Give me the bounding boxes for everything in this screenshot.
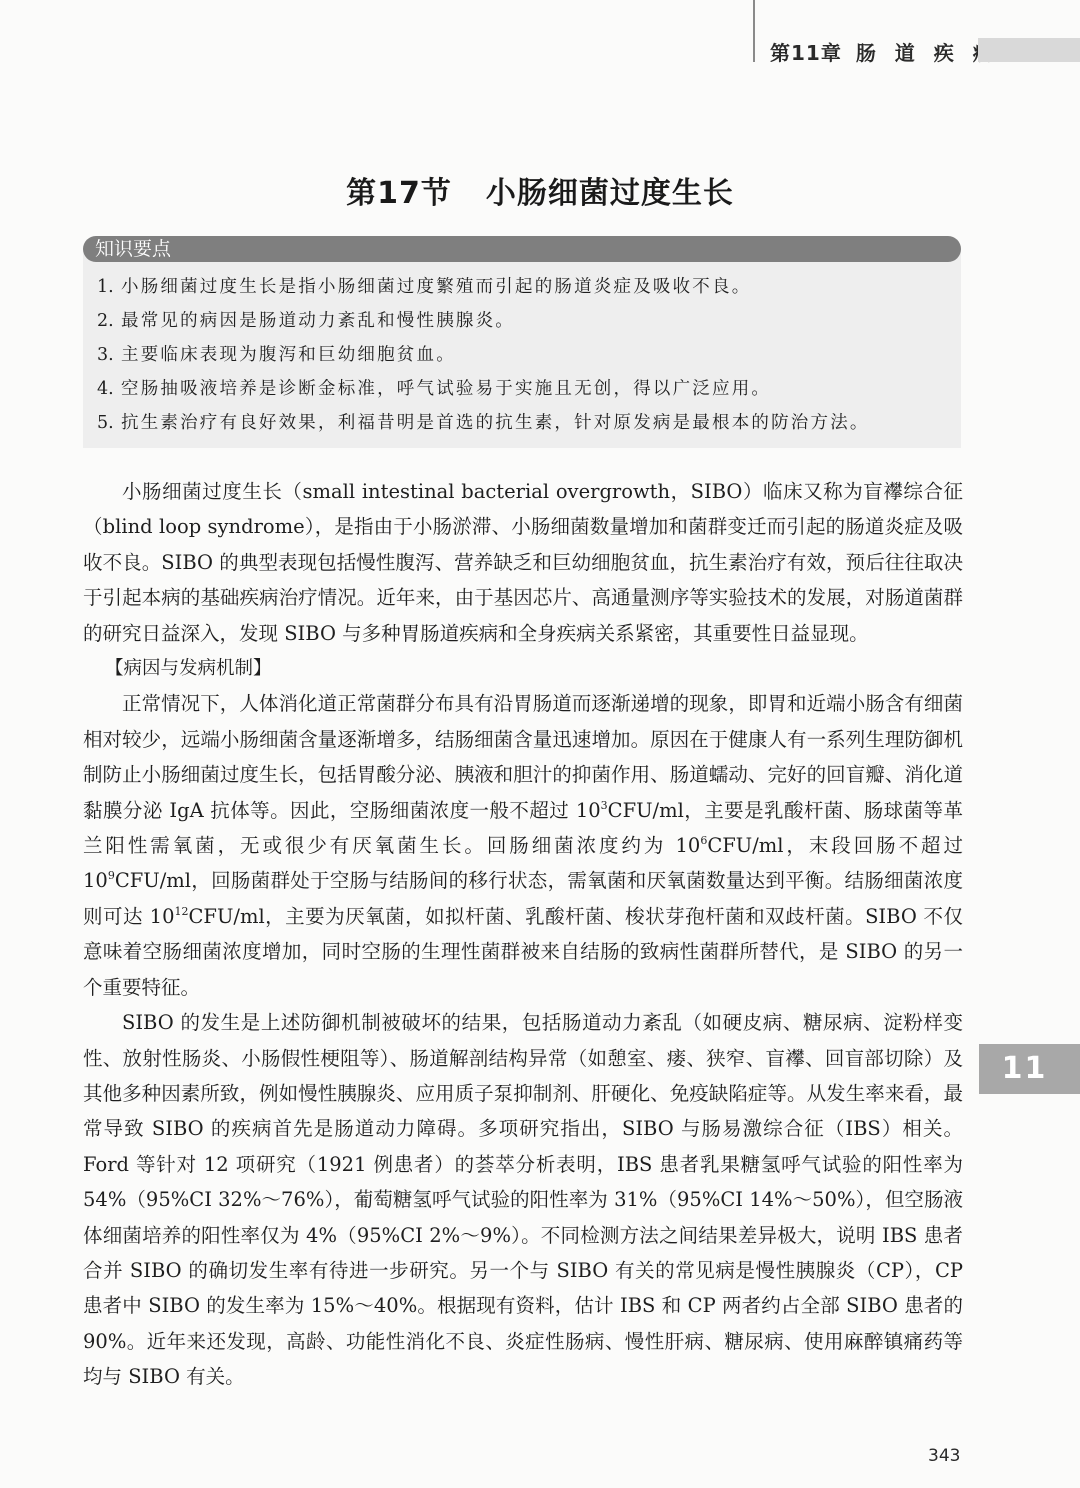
intro-paragraph: 小肠细菌过度生长（small intestinal bacterial over…	[83, 474, 963, 651]
chapter-thumb-tab: 11	[979, 1044, 1080, 1094]
etiology-paragraph: 正常情况下，人体消化道正常菌群分布具有沿胃肠道而逐渐递增的现象，即胃和近端小肠含…	[83, 686, 963, 1005]
causes-paragraph: SIBO 的发生是上述防御机制被破坏的结果，包括肠道动力紊乱（如硬皮病、糖尿病、…	[83, 1005, 963, 1394]
subheading-etiology: 【病因与发病机制】	[83, 651, 963, 686]
key-points-box: 知识要点 1.小肠细菌过度生长是指小肠细菌过度繁殖而引起的肠道炎症及吸收不良。 …	[83, 236, 961, 448]
key-point-item: 1.小肠细菌过度生长是指小肠细菌过度繁殖而引起的肠道炎症及吸收不良。	[97, 272, 870, 302]
page-number: 343	[928, 1446, 960, 1466]
section-title: 第17节小肠细菌过度生长	[0, 168, 1080, 212]
header-divider	[753, 0, 755, 62]
key-point-item: 2.最常见的病因是肠道动力紊乱和慢性胰腺炎。	[97, 306, 870, 336]
running-head-bar	[978, 38, 1080, 62]
key-point-item: 3.主要临床表现为腹泻和巨幼细胞贫血。	[97, 340, 870, 370]
key-points-list: 1.小肠细菌过度生长是指小肠细菌过度繁殖而引起的肠道炎症及吸收不良。 2.最常见…	[97, 272, 870, 442]
key-points-header: 知识要点	[83, 236, 961, 262]
body-text: 小肠细菌过度生长（small intestinal bacterial over…	[83, 474, 963, 1395]
key-point-item: 4.空肠抽吸液培养是诊断金标准，呼气试验易于实施且无创，得以广泛应用。	[97, 374, 870, 404]
key-point-item: 5.抗生素治疗有良好效果，利福昔明是首选的抗生素，针对原发病是最根本的防治方法。	[97, 408, 870, 438]
section-title-text: 小肠细菌过度生长	[486, 176, 734, 211]
running-head: 第11章 肠 道 疾 病	[770, 38, 999, 64]
running-head-chapter: 第11章	[770, 37, 842, 66]
section-number: 第17节	[346, 176, 452, 211]
